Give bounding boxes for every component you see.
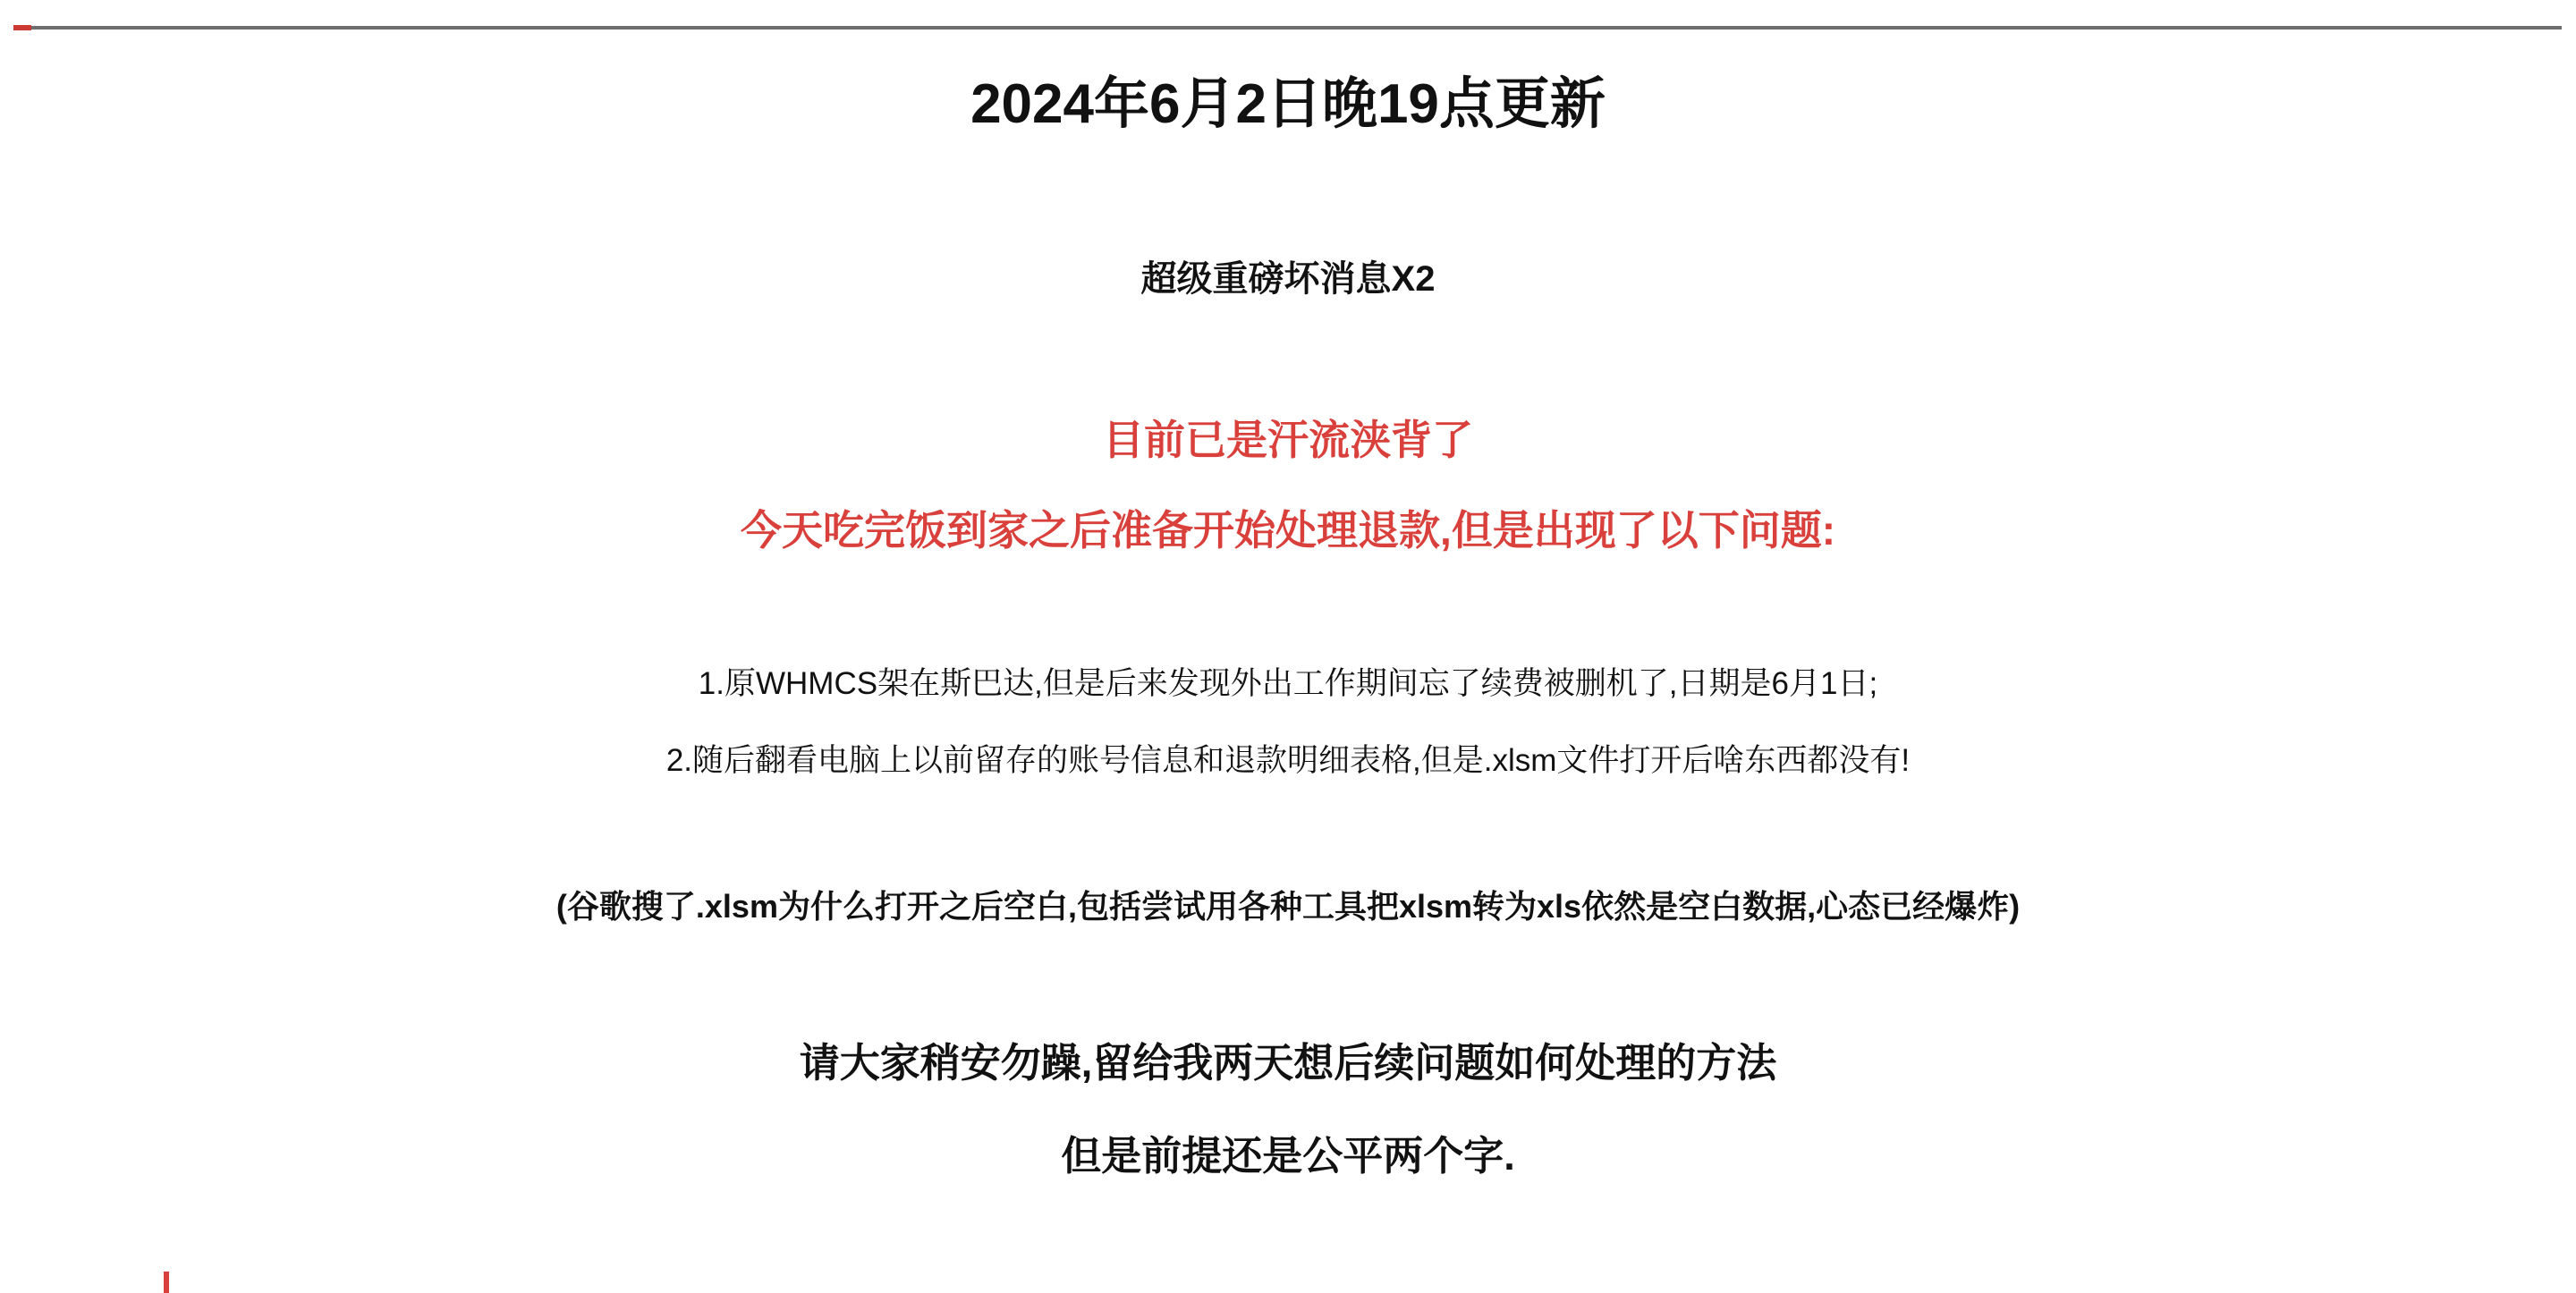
note-xlsm-blank: (谷歌搜了.xlsm为什么打开之后空白,包括尝试用各种工具把xlsm转为xls依… — [0, 891, 2576, 923]
bottom-red-tick-mark — [164, 1272, 169, 1293]
closing-line-fairness: 但是前提还是公平两个字. — [0, 1136, 2576, 1176]
divider-red-tip-mark — [13, 25, 31, 30]
issue-item-1: 1.原WHMCS架在斯巴达,但是后来发现外出工作期间忘了续费被删机了,日期是6月… — [0, 668, 2576, 699]
alert-line-sweating: 目前已是汗流浃背了 — [0, 419, 2576, 461]
subtitle-bad-news: 超级重磅坏消息X2 — [0, 261, 2576, 297]
page-title: 2024年6月2日晚19点更新 — [0, 77, 2576, 132]
closing-line-patience: 请大家稍安勿躁,留给我两天想后续问题如何处理的方法 — [0, 1043, 2576, 1083]
top-divider-line — [13, 26, 2562, 30]
alert-line-refund-problems: 今天吃完饭到家之后准备开始处理退款,但是出现了以下问题: — [0, 510, 2576, 551]
announcement-page: 2024年6月2日晚19点更新 超级重磅坏消息X2 目前已是汗流浃背了 今天吃完… — [0, 0, 2576, 1293]
issue-item-2: 2.随后翻看电脑上以前留存的账号信息和退款明细表格,但是.xlsm文件打开后啥东… — [0, 745, 2576, 776]
